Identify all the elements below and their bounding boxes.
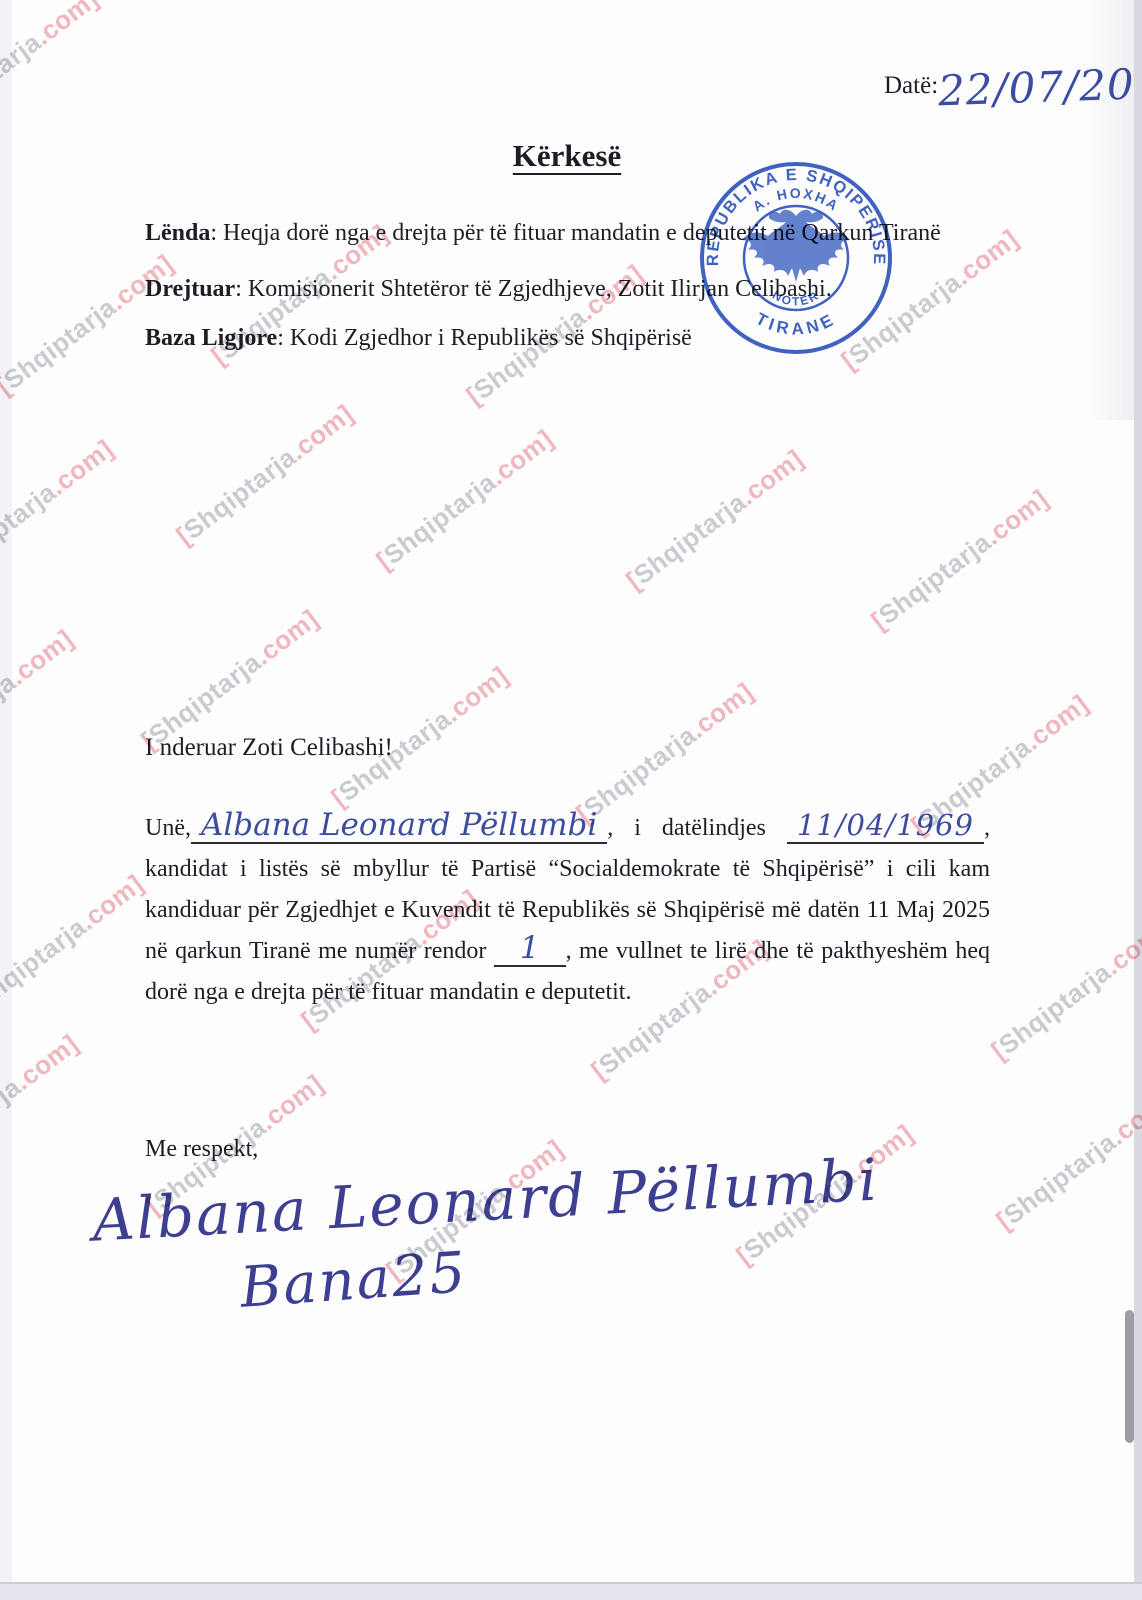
body-text-start: Unë,: [145, 815, 191, 841]
notary-stamp: REPUBLIKA E SHQIPERISE A. HOXHA NOTER TI…: [696, 158, 896, 358]
right-gutter: [1134, 0, 1142, 1600]
svg-text:TIRANE: TIRANE: [753, 309, 840, 339]
legal-basis-label: Baza Ligjore: [145, 325, 277, 351]
date-label: Datë:: [884, 72, 938, 99]
date-row: Datë:22/07/2025: [884, 62, 1142, 111]
subject-label: Lënda: [145, 220, 210, 246]
salutation: I nderuar Zoti Celibashi!: [145, 734, 393, 762]
date-value-handwritten: 22/07/2025: [937, 58, 1142, 116]
ordinal-blank: 1: [494, 934, 566, 967]
ordinal-handwritten: 1: [504, 930, 556, 966]
legal-basis-text: : Kodi Zgjedhor i Republikës së Shqipëri…: [277, 325, 692, 351]
birthdate-blank: 11/04/1969: [787, 811, 984, 844]
birthdate-handwritten: 11/04/1969: [797, 808, 974, 842]
legal-basis-line: Baza Ligjore: Kodi Zgjedhor i Republikës…: [145, 325, 692, 352]
addressee-label: Drejtuar: [145, 276, 235, 302]
body-paragraph: Unë,Albana Leonard Pëllumbi, i datëlindj…: [145, 808, 990, 1013]
name-handwritten: Albana Leonard Pëllumbi: [201, 807, 597, 843]
body-text-mid: , i datëlindjes: [607, 815, 787, 841]
name-blank: Albana Leonard Pëllumbi: [191, 811, 607, 844]
bottom-scan-edge: [0, 1582, 1142, 1600]
left-scan-edge: [0, 0, 12, 1582]
scrollbar-thumb[interactable]: [1125, 1310, 1134, 1443]
closing: Me respekt,: [145, 1136, 258, 1163]
stamp-bottom-text: TIRANE: [753, 309, 840, 339]
document-title: Kërkesë: [0, 138, 1134, 174]
